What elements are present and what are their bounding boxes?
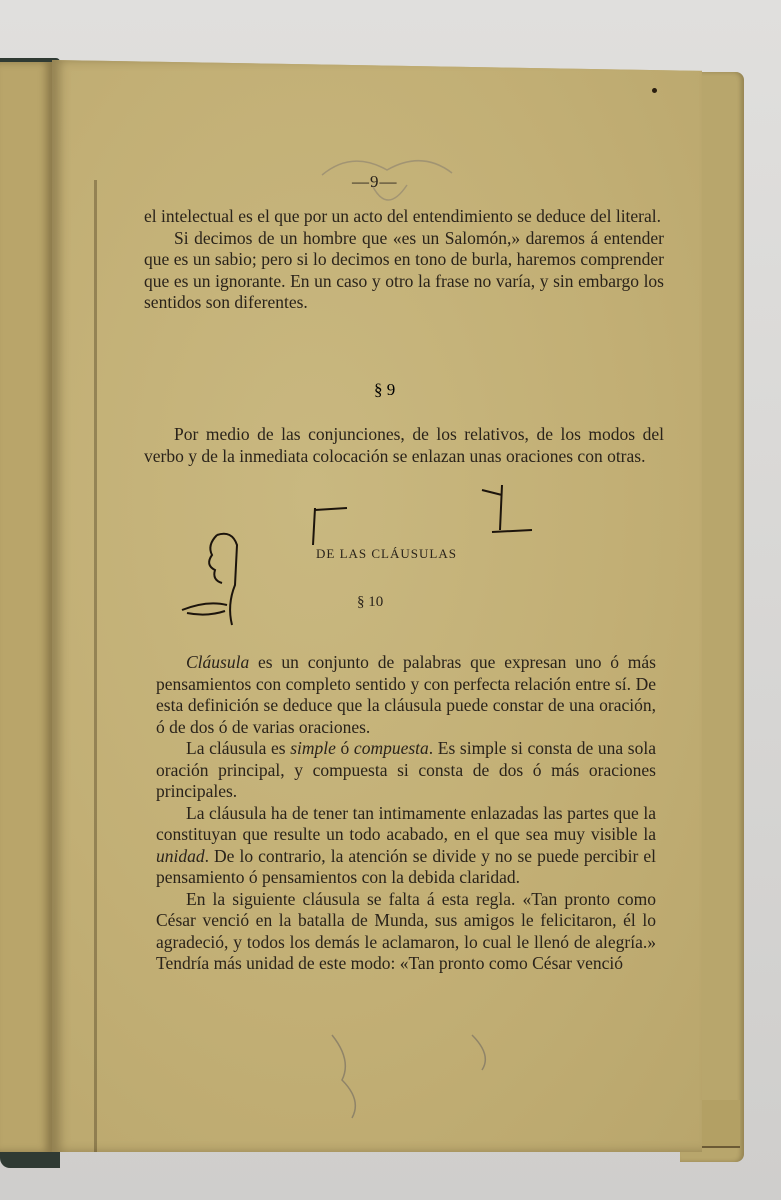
text-span: . De lo contrario, la atención se divide… bbox=[156, 846, 656, 888]
book-page: —9— el intelectual es el que por un acto… bbox=[52, 60, 702, 1152]
paragraph-conjunciones: Por medio de las conjunciones, de los re… bbox=[144, 424, 664, 467]
term-compuesta: compuesta bbox=[354, 738, 429, 758]
paragraph-unidad: La cláusula ha de tener tan intimamente … bbox=[156, 803, 656, 889]
term-clausula: Cláusula bbox=[186, 652, 249, 672]
left-page-edge bbox=[0, 62, 52, 1152]
ink-doodle-figure-icon bbox=[472, 480, 542, 540]
text-span: La cláusula es bbox=[186, 738, 290, 758]
term-simple: simple bbox=[290, 738, 336, 758]
gutter-shadow bbox=[94, 180, 97, 1160]
paragraph-definicion: Cláusula es un conjunto de palabras que … bbox=[156, 652, 656, 738]
top-text-block: el intelectual es el que por un acto del… bbox=[144, 206, 664, 314]
body-text-block: Cláusula es un conjunto de palabras que … bbox=[156, 652, 656, 975]
paragraph-simple-compuesta: La cláusula es simple ó compuesta. Es si… bbox=[156, 738, 656, 803]
section-mark-9: § 9 bbox=[374, 380, 395, 400]
page-number: —9— bbox=[352, 172, 398, 192]
pencil-sketch-bottom-icon bbox=[322, 1030, 542, 1120]
paragraph-continuation: el intelectual es el que por un acto del… bbox=[144, 206, 664, 228]
chapter-heading: DE LAS CLÁUSULAS bbox=[316, 546, 457, 562]
section-mark-10: § 10 bbox=[357, 594, 383, 611]
text-span: ó bbox=[336, 738, 354, 758]
ink-doodle-figure-icon bbox=[307, 500, 367, 550]
paragraph-cesar: En la siguiente cláusula se falta á esta… bbox=[156, 889, 656, 975]
paper-mark bbox=[652, 88, 657, 93]
ink-doodle-face-icon bbox=[177, 525, 267, 635]
paragraph-salomon: Si decimos de un hombre que «es un Salom… bbox=[144, 228, 664, 314]
text-span: La cláusula ha de tener tan intimamente … bbox=[156, 803, 656, 845]
term-unidad: unidad bbox=[156, 846, 205, 866]
section-9-text: Por medio de las conjunciones, de los re… bbox=[144, 424, 664, 467]
